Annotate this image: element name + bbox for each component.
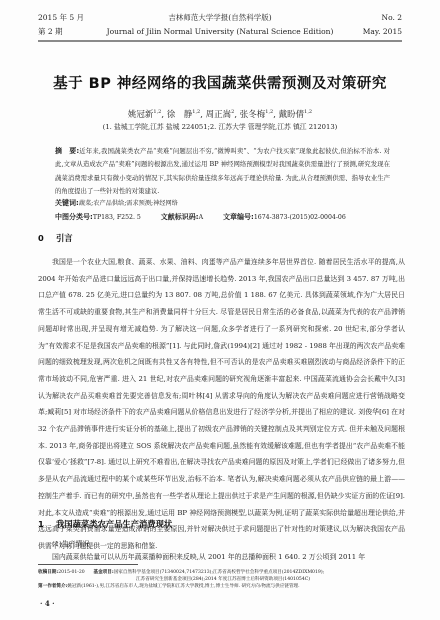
production-body: 国内蔬菜供给量可以从历年蔬菜播种面积来反映,从 2001 年的总播种面积 1 6… — [52, 551, 365, 561]
introduction-body: 我国是一个农业大国,粮食、蔬菜、水果、油料、肉蛋等产品产量连续多年居世界首位. … — [38, 254, 405, 555]
author-name: 徐 静 — [167, 110, 193, 120]
received-label: 收稿日期: — [38, 570, 58, 575]
classification-meta: 中图分类号:TP183, F252. 5 文献标识码:A 文章编号:1674-3… — [55, 212, 346, 222]
clc-label: 中图分类号: — [55, 213, 93, 221]
author-name: 戴盼倩 — [279, 110, 305, 120]
section-number: 0 — [38, 233, 56, 243]
section-heading-introduction: 0引言 — [38, 232, 73, 244]
article-no-label: 文章编号: — [223, 213, 254, 221]
bio-label: 第一作者简介: — [38, 584, 67, 589]
subheading-production: (1)生产情况 — [52, 538, 89, 548]
header-rule — [38, 40, 402, 42]
author-affiliation-mark: 1,2 — [265, 109, 273, 115]
received-date: 2015-01-20 — [58, 570, 85, 575]
clc-value: TP183, F252. 5 — [93, 214, 141, 221]
article-title: 基于 BP 神经网络的我国蔬菜供需预测及对策研究 — [0, 72, 440, 93]
footnote-rule — [38, 564, 138, 565]
page-number: · 4 · — [40, 599, 55, 608]
fund-label: 基金项目: — [93, 570, 113, 575]
keywords: 关键词:蔬菜;农产品供给;需求预测;神经网络 — [55, 198, 178, 208]
doc-code-value: A — [199, 214, 203, 221]
section-title: 我国蔬菜类农产品生产消费现状 — [56, 519, 172, 529]
abstract-label: 摘 要: — [55, 147, 79, 155]
keywords-label: 关键词: — [55, 199, 79, 207]
footnote-author-bio: 第一作者简介:姚冠新(1961-),男,江苏省启东市人,现为盐城工学院和江苏大学… — [38, 583, 408, 590]
author-affiliation-mark: 2 — [231, 109, 234, 115]
author-list: 姚冠新1,2, 徐 静1,2, 周正嵩2, 张冬梅1,2, 戴盼倩1,2 — [0, 108, 440, 120]
header-journal-cn: 吉林师范大学学报(自然科学版) — [38, 13, 402, 23]
author-name: 张冬梅 — [240, 110, 266, 120]
paper-page: 2015 年 5 月 吉林师范大学学报(自然科学版) No. 2 第 2 期 J… — [0, 0, 440, 620]
author-name: 姚冠新 — [128, 110, 154, 120]
author-affiliation-mark: 1,2 — [192, 109, 200, 115]
article-no-value: 1674-3873-(2015)02-0004-06 — [254, 214, 346, 221]
keywords-text: 蔬菜;农产品供给;需求预测;神经网络 — [79, 200, 178, 207]
section-heading-status: 1我国蔬菜类农产品生产消费现状 — [38, 518, 172, 530]
fund-line-1: 国家自然科学基金项目(71340024,71473213);江苏省高校哲学社会科… — [114, 570, 324, 575]
author-affiliation-mark: 1,2 — [153, 109, 161, 115]
bio-text: 姚冠新(1961-),男,江苏省启东市人,现为盐城工学院和江苏大学教授,博士,博… — [67, 584, 299, 589]
author-affiliation-mark: 1,2 — [304, 109, 312, 115]
abstract-text: 近年来,我国蔬菜类农产品“卖难”问题层出不穷,“微博叫卖”、“为农户找买家”现象… — [55, 147, 390, 195]
abstract: 摘 要:近年来,我国蔬菜类农产品“卖难”问题层出不穷,“微博叫卖”、“为农户找买… — [55, 145, 390, 199]
section-title: 引言 — [56, 233, 73, 243]
header-issue-no: No. 2 — [382, 13, 403, 23]
author-name: 周正嵩 — [206, 110, 232, 120]
header-journal-en: Journal of Jilin Normal University (Natu… — [38, 27, 402, 37]
header-date-en: May. 2015 — [363, 27, 402, 37]
affiliations: (1. 盐城工学院,江苏 盐城 224051;2. 江苏大学 管理学院,江苏 镇… — [0, 121, 440, 131]
section-number: 1 — [38, 519, 56, 529]
doc-code-label: 文献标识码: — [161, 213, 199, 221]
